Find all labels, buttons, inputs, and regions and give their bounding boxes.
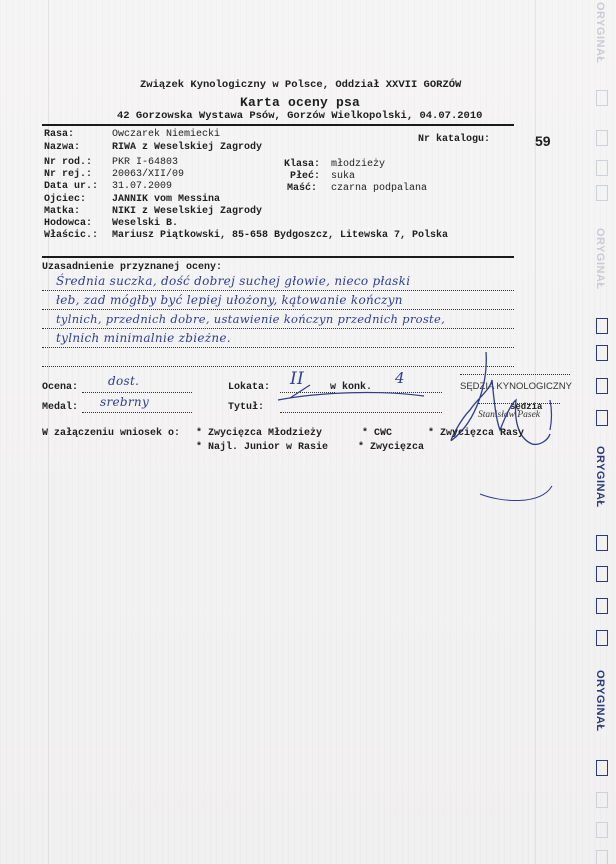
strip-box [596, 345, 608, 361]
option-text: Zwycięzca [370, 442, 424, 453]
original-watermark: ORYGINAŁ [594, 228, 606, 290]
strip-box [596, 535, 608, 551]
strip-box [596, 598, 608, 614]
strip-box [596, 185, 608, 201]
strip-box [596, 378, 608, 394]
strip-box [596, 90, 608, 106]
underline-stroke [278, 393, 424, 400]
attachment-option: * CWC [362, 428, 392, 439]
option-text: Najl. Junior w Rasie [208, 442, 328, 453]
attachment-label: W załączeniu wniosek o: [42, 428, 180, 439]
attachment-option: * Zwycięzca [358, 442, 424, 453]
strip-box [596, 792, 608, 808]
document-page: Związek Kynologiczny w Polsce, Oddział X… [0, 0, 616, 864]
strip-box [596, 318, 608, 334]
strip-box [596, 822, 608, 838]
strip-box [596, 566, 608, 582]
strip-box [596, 160, 608, 176]
original-watermark: ORYGINAŁ [594, 670, 606, 732]
strip-box [596, 130, 608, 146]
strip-box [596, 760, 608, 776]
option-text: CWC [374, 428, 392, 439]
attachment-option: * Zwycięzca Rasy [428, 428, 524, 439]
original-watermark: ORYGINAŁ [594, 446, 606, 508]
strip-box [596, 630, 608, 646]
attachment-option: * Najl. Junior w Rasie [196, 442, 328, 453]
attachment-option: * Zwycięzca Młodzieży [196, 428, 322, 439]
strip-box [596, 410, 608, 426]
original-watermark: ORYGINAŁ [594, 2, 606, 64]
option-text: Zwycięzca Młodzieży [208, 428, 322, 439]
option-text: Zwycięzca Rasy [440, 428, 524, 439]
strip-box [596, 850, 608, 864]
